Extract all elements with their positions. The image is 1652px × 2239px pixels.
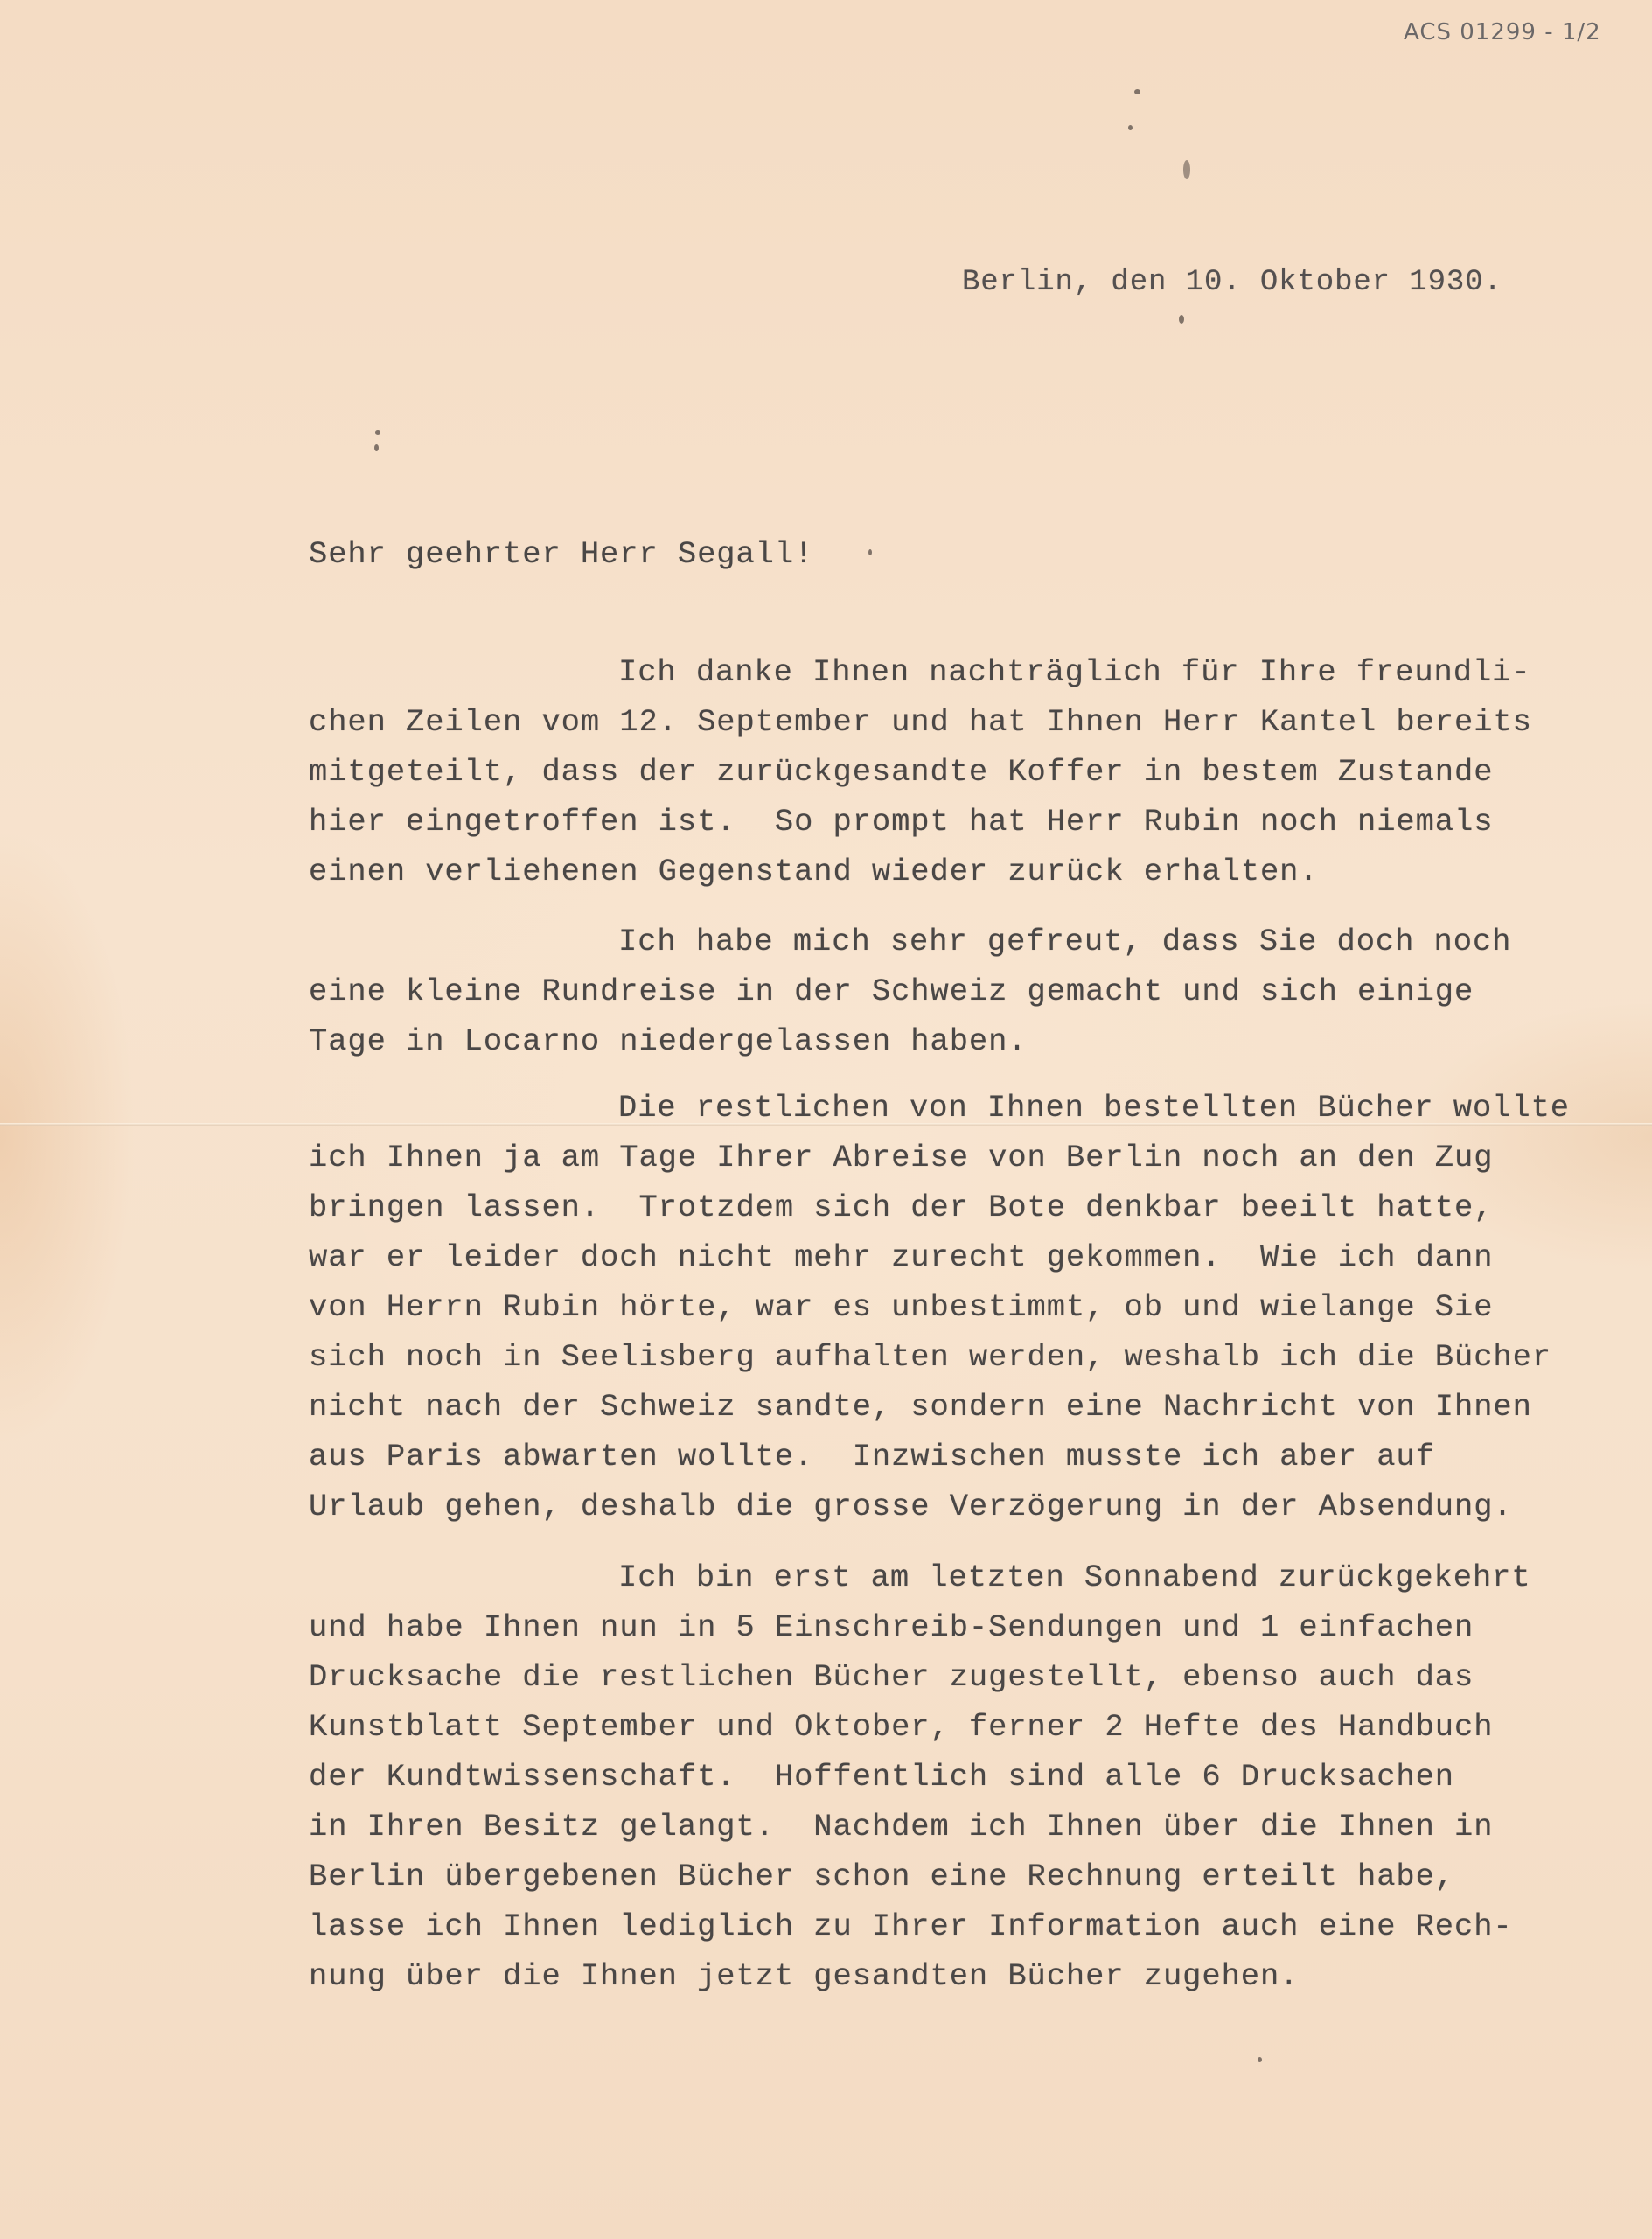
letter-page: ACS 01299 - 1/2 Berlin, den 10. Oktober … bbox=[0, 0, 1652, 2239]
paragraph-line: chen Zeilen vom 12. September und hat Ih… bbox=[309, 697, 1532, 747]
paragraph-line: und habe Ihnen nun in 5 Einschreib-Sendu… bbox=[309, 1602, 1531, 1652]
ink-speck bbox=[1179, 315, 1184, 324]
ink-speck bbox=[374, 444, 379, 451]
paragraph-line: in Ihren Besitz gelangt. Nachdem ich Ihn… bbox=[309, 1802, 1531, 1852]
paragraph-line: Urlaub gehen, deshalb die grosse Verzöge… bbox=[309, 1482, 1570, 1531]
ink-speck bbox=[868, 549, 872, 555]
paragraph-line: war er leider doch nicht mehr zurecht ge… bbox=[309, 1232, 1570, 1282]
paragraph-line: ich Ihnen ja am Tage Ihrer Abreise von B… bbox=[309, 1133, 1570, 1182]
paragraph-line: aus Paris abwarten wollte. Inzwischen mu… bbox=[309, 1432, 1570, 1482]
letter-paragraph: Ich danke Ihnen nachträglich für Ihre fr… bbox=[309, 647, 1532, 896]
paragraph-line: mitgeteilt, dass der zurückgesandte Koff… bbox=[309, 747, 1532, 797]
paragraph-line: einen verliehenen Gegenstand wieder zurü… bbox=[309, 847, 1532, 896]
letter-paragraph: Ich bin erst am letzten Sonnabend zurück… bbox=[309, 1552, 1531, 2001]
paragraph-line: Ich danke Ihnen nachträglich für Ihre fr… bbox=[309, 647, 1532, 697]
ink-speck bbox=[1128, 125, 1133, 130]
paragraph-line: Ich bin erst am letzten Sonnabend zurück… bbox=[309, 1552, 1531, 1602]
ink-speck bbox=[375, 430, 380, 435]
paragraph-line: nicht nach der Schweiz sandte, sondern e… bbox=[309, 1382, 1570, 1432]
archive-reference-note: ACS 01299 - 1/2 bbox=[1404, 19, 1601, 45]
paragraph-line: hier eingetroffen ist. So prompt hat Her… bbox=[309, 797, 1532, 847]
paragraph-line: der Kundtwissenschaft. Hoffentlich sind … bbox=[309, 1752, 1531, 1802]
paragraph-line: nung über die Ihnen jetzt gesandten Büch… bbox=[309, 1951, 1531, 2001]
paragraph-line: Berlin übergebenen Bücher schon eine Rec… bbox=[309, 1852, 1531, 1901]
paragraph-line: sich noch in Seelisberg aufhalten werden… bbox=[309, 1332, 1570, 1382]
letter-salutation: Sehr geehrter Herr Segall! bbox=[309, 529, 813, 579]
ink-speck bbox=[1258, 2057, 1262, 2062]
paragraph-line: Tage in Locarno niedergelassen haben. bbox=[309, 1016, 1511, 1066]
paragraph-line: Die restlichen von Ihnen bestellten Büch… bbox=[309, 1083, 1570, 1133]
ink-smudge bbox=[1183, 160, 1190, 179]
paragraph-line: Drucksache die restlichen Bücher zugeste… bbox=[309, 1652, 1531, 1702]
paragraph-line: Kunstblatt September und Oktober, ferner… bbox=[309, 1702, 1531, 1752]
letter-paragraph: Die restlichen von Ihnen bestellten Büch… bbox=[309, 1083, 1570, 1531]
paragraph-line: Ich habe mich sehr gefreut, dass Sie doc… bbox=[309, 917, 1511, 966]
paragraph-line: bringen lassen. Trotzdem sich der Bote d… bbox=[309, 1182, 1570, 1232]
paragraph-line: lasse ich Ihnen lediglich zu Ihrer Infor… bbox=[309, 1901, 1531, 1951]
paragraph-line: von Herrn Rubin hörte, war es unbestimmt… bbox=[309, 1282, 1570, 1332]
letter-date: Berlin, den 10. Oktober 1930. bbox=[962, 258, 1502, 308]
paragraph-line: eine kleine Rundreise in der Schweiz gem… bbox=[309, 966, 1511, 1016]
letter-paragraph: Ich habe mich sehr gefreut, dass Sie doc… bbox=[309, 917, 1511, 1066]
ink-speck bbox=[1134, 89, 1140, 94]
